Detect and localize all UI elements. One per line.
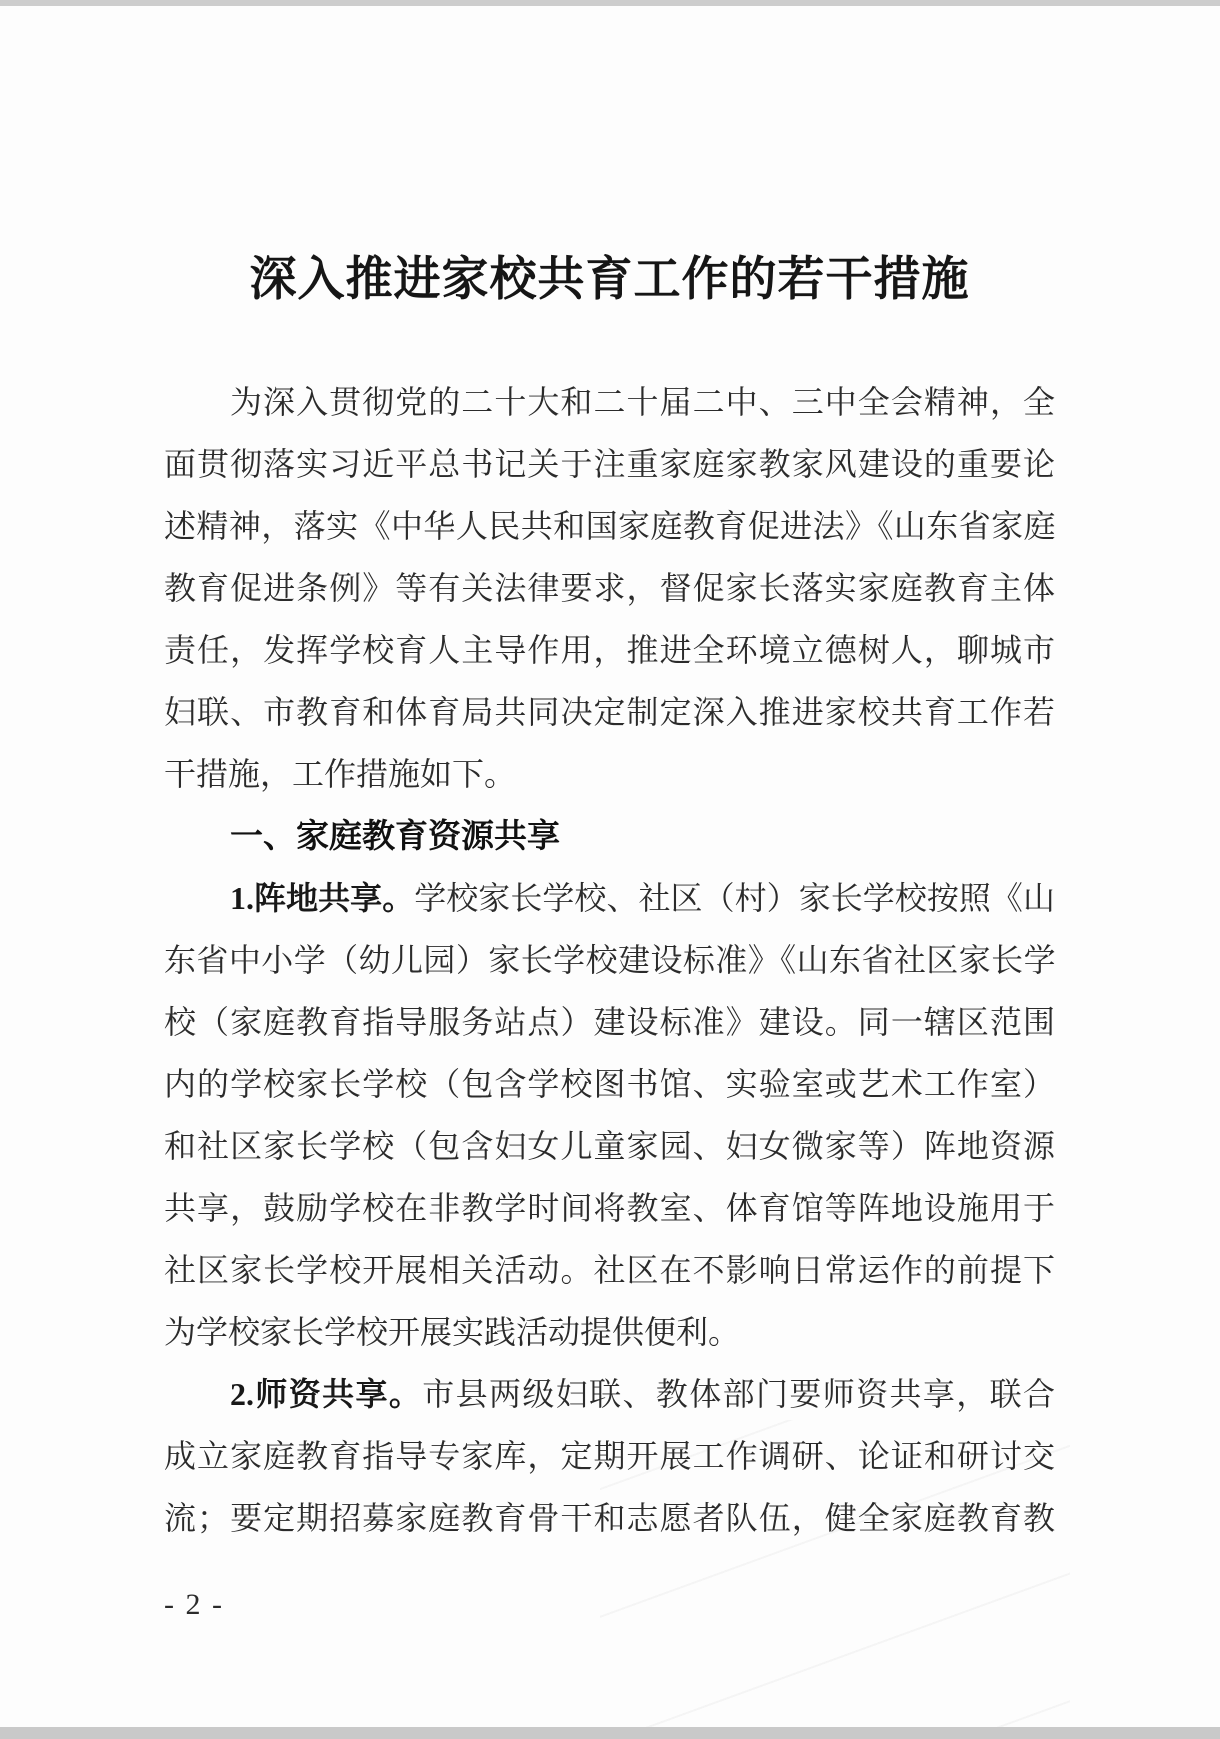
text-line: 流；要定期招募家庭教育骨干和志愿者队伍，健全家庭教育教 [164,1487,1055,1549]
text-run: 市县两级妇联、教体部门要师资共享，联合 [422,1376,1055,1412]
item-lead-1: 1.阵地共享。 [230,880,414,916]
text-line: 1.阵地共享。学校家长学校、社区（村）家长学校按照《山 [164,867,1055,929]
text-run: 学校家长学校、社区（村）家长学校按照《山 [414,880,1055,916]
text-line: 责任，发挥学校育人主导作用，推进全环境立德树人，聊城市 [164,619,1055,681]
text-line: 干措施，工作措施如下。 [164,743,1055,805]
text-line: 2.师资共享。市县两级妇联、教体部门要师资共享，联合 [164,1363,1055,1425]
text-line: 社区家长学校开展相关活动。社区在不影响日常运作的前提下 [164,1239,1055,1301]
text-line: 为学校家长学校开展实践活动提供便利。 [164,1301,1055,1363]
document-body: 为深入贯彻党的二十大和二十届二中、三中全会精神，全 面贯彻落实习近平总书记关于注… [164,371,1055,1549]
section-heading: 一、家庭教育资源共享 [164,805,1055,867]
page-number: - 2 - [164,1585,224,1625]
text-line: 校（家庭教育指导服务站点）建设标准》建设。同一辖区范围 [164,991,1055,1053]
text-line: 妇联、市教育和体育局共同决定制定深入推进家校共育工作若 [164,681,1055,743]
text-line: 成立家庭教育指导专家库，定期开展工作调研、论证和研讨交 [164,1425,1055,1487]
text-line: 东省中小学（幼儿园）家长学校建设标准》《山东省社区家长学 [164,929,1055,991]
document-title: 深入推进家校共育工作的若干措施 [164,249,1055,311]
text-line: 内的学校家长学校（包含学校图书馆、实验室或艺术工作室） [164,1053,1055,1115]
text-line: 述精神，落实《中华人民共和国家庭教育促进法》《山东省家庭 [164,495,1055,557]
scanned-document-page: 深入推进家校共育工作的若干措施 为深入贯彻党的二十大和二十届二中、三中全会精神，… [0,0,1220,1739]
photo-edge-top [0,0,1220,6]
text-line: 和社区家长学校（包含妇女儿童家园、妇女微家等）阵地资源 [164,1115,1055,1177]
text-line: 教育促进条例》等有关法律要求，督促家长落实家庭教育主体 [164,557,1055,619]
photo-edge-bottom [0,1727,1220,1739]
item-lead-2: 2.师资共享。 [230,1376,422,1412]
text-line: 为深入贯彻党的二十大和二十届二中、三中全会精神，全 [164,371,1055,433]
text-line: 面贯彻落实习近平总书记关于注重家庭家教家风建设的重要论 [164,433,1055,495]
text-line: 共享，鼓励学校在非教学时间将教室、体育馆等阵地设施用于 [164,1177,1055,1239]
